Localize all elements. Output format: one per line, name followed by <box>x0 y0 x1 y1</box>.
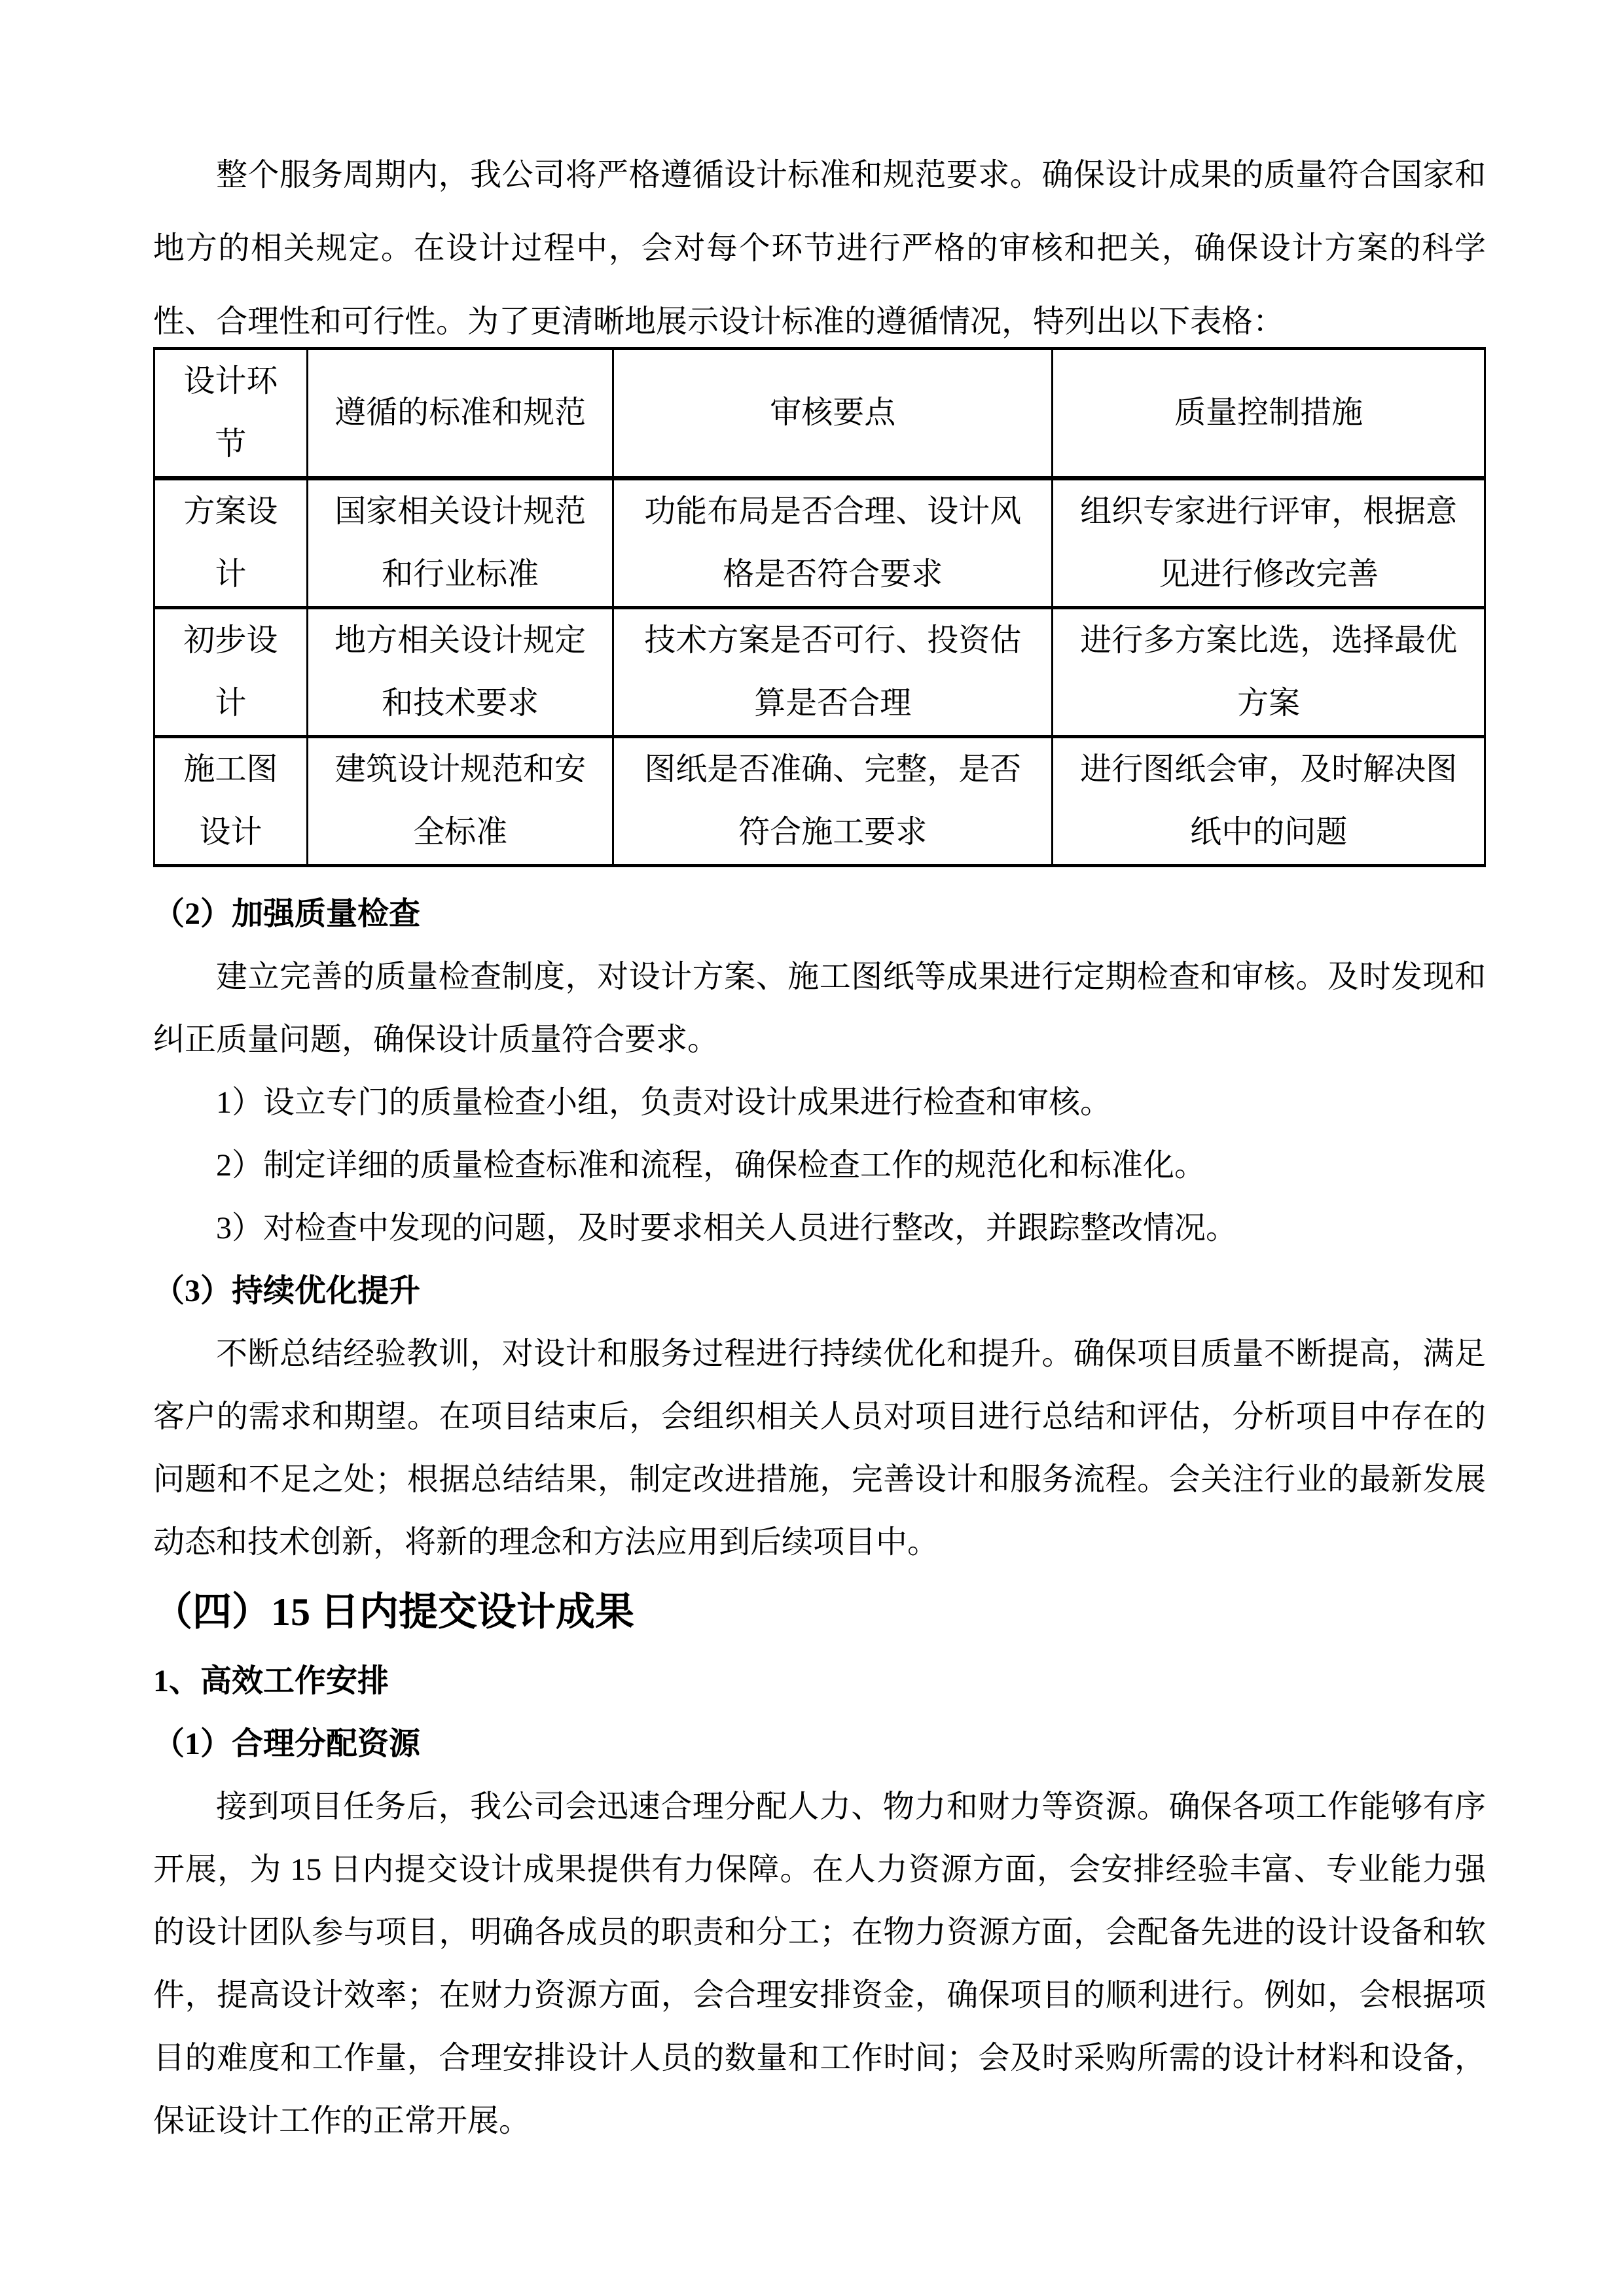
header-cell-standards: 遵循的标准和规范 <box>307 349 613 478</box>
paragraph-intro: 整个服务周期内，我公司将严格遵循设计标准和规范要求。确保设计成果的质量符合国家和… <box>153 139 1486 359</box>
table-cell: 方案设 计 <box>154 478 308 608</box>
heading-resource-allocation: （1）合理分配资源 <box>153 1713 1486 1776</box>
table-cell: 进行多方案比选，选择最优 方案 <box>1053 608 1485 737</box>
table-row-scheme-design: 方案设 计 国家相关设计规范 和行业标准 功能布局是否合理、设计风 格是否符合要… <box>154 478 1485 608</box>
table-cell: 进行图纸会审，及时解决图 纸中的问题 <box>1053 737 1485 866</box>
paragraph-resource-allocation: 接到项目任务后，我公司会迅速合理分配人力、物力和财力等资源。确保各项工作能够有序… <box>153 1776 1486 2153</box>
table-row-preliminary-design: 初步设 计 地方相关设计规定 和技术要求 技术方案是否可行、投资估 算是否合理 … <box>154 608 1485 737</box>
table-cell: 技术方案是否可行、投资估 算是否合理 <box>613 608 1053 737</box>
standards-table: 设计环 节 遵循的标准和规范 审核要点 质量控制措施 方案设 计 国家相关设计规… <box>153 347 1486 867</box>
paragraph-quality-inspection: 建立完善的质量检查制度，对设计方案、施工图纸等成果进行定期检查和审核。及时发现和… <box>153 946 1486 1071</box>
heading-strengthen-quality-inspection: （2）加强质量检查 <box>153 883 1486 946</box>
table-row-construction-drawing: 施工图 设计 建筑设计规范和安 全标准 图纸是否准确、完整，是否 符合施工要求 … <box>154 737 1485 866</box>
table-cell: 地方相关设计规定 和技术要求 <box>307 608 613 737</box>
table-header-row: 设计环 节 遵循的标准和规范 审核要点 质量控制措施 <box>154 349 1485 478</box>
table-cell: 功能布局是否合理、设计风 格是否符合要求 <box>613 478 1053 608</box>
paragraph-continuous-optimization: 不断总结经验教训，对设计和服务过程进行持续优化和提升。确保项目质量不断提高，满足… <box>153 1323 1486 1574</box>
table-cell: 初步设 计 <box>154 608 308 737</box>
list-item-quality-group: 1）设立专门的质量检查小组，负责对设计成果进行检查和审核。 <box>153 1071 1486 1134</box>
table-cell: 国家相关设计规范 和行业标准 <box>307 478 613 608</box>
heading-efficient-work-arrangement: 1、高效工作安排 <box>153 1650 1486 1713</box>
header-cell-quality-control: 质量控制措施 <box>1053 349 1485 478</box>
list-item-quality-rectification: 3）对检查中发现的问题，及时要求相关人员进行整改，并跟踪整改情况。 <box>153 1197 1486 1260</box>
header-cell-design-phase: 设计环 节 <box>154 349 308 478</box>
table-cell: 建筑设计规范和安 全标准 <box>307 737 613 866</box>
heading-continuous-optimization: （3）持续优化提升 <box>153 1260 1486 1323</box>
header-cell-review-points: 审核要点 <box>613 349 1053 478</box>
document-page: 整个服务周期内，我公司将严格遵循设计标准和规范要求。确保设计成果的质量符合国家和… <box>0 0 1624 2296</box>
heading-15-day-delivery: （四）15 日内提交设计成果 <box>153 1574 1486 1650</box>
table-cell: 施工图 设计 <box>154 737 308 866</box>
table-cell: 组织专家进行评审，根据意 见进行修改完善 <box>1053 478 1485 608</box>
table-cell: 图纸是否准确、完整，是否 符合施工要求 <box>613 737 1053 866</box>
list-item-quality-standards: 2）制定详细的质量检查标准和流程，确保检查工作的规范化和标准化。 <box>153 1134 1486 1197</box>
